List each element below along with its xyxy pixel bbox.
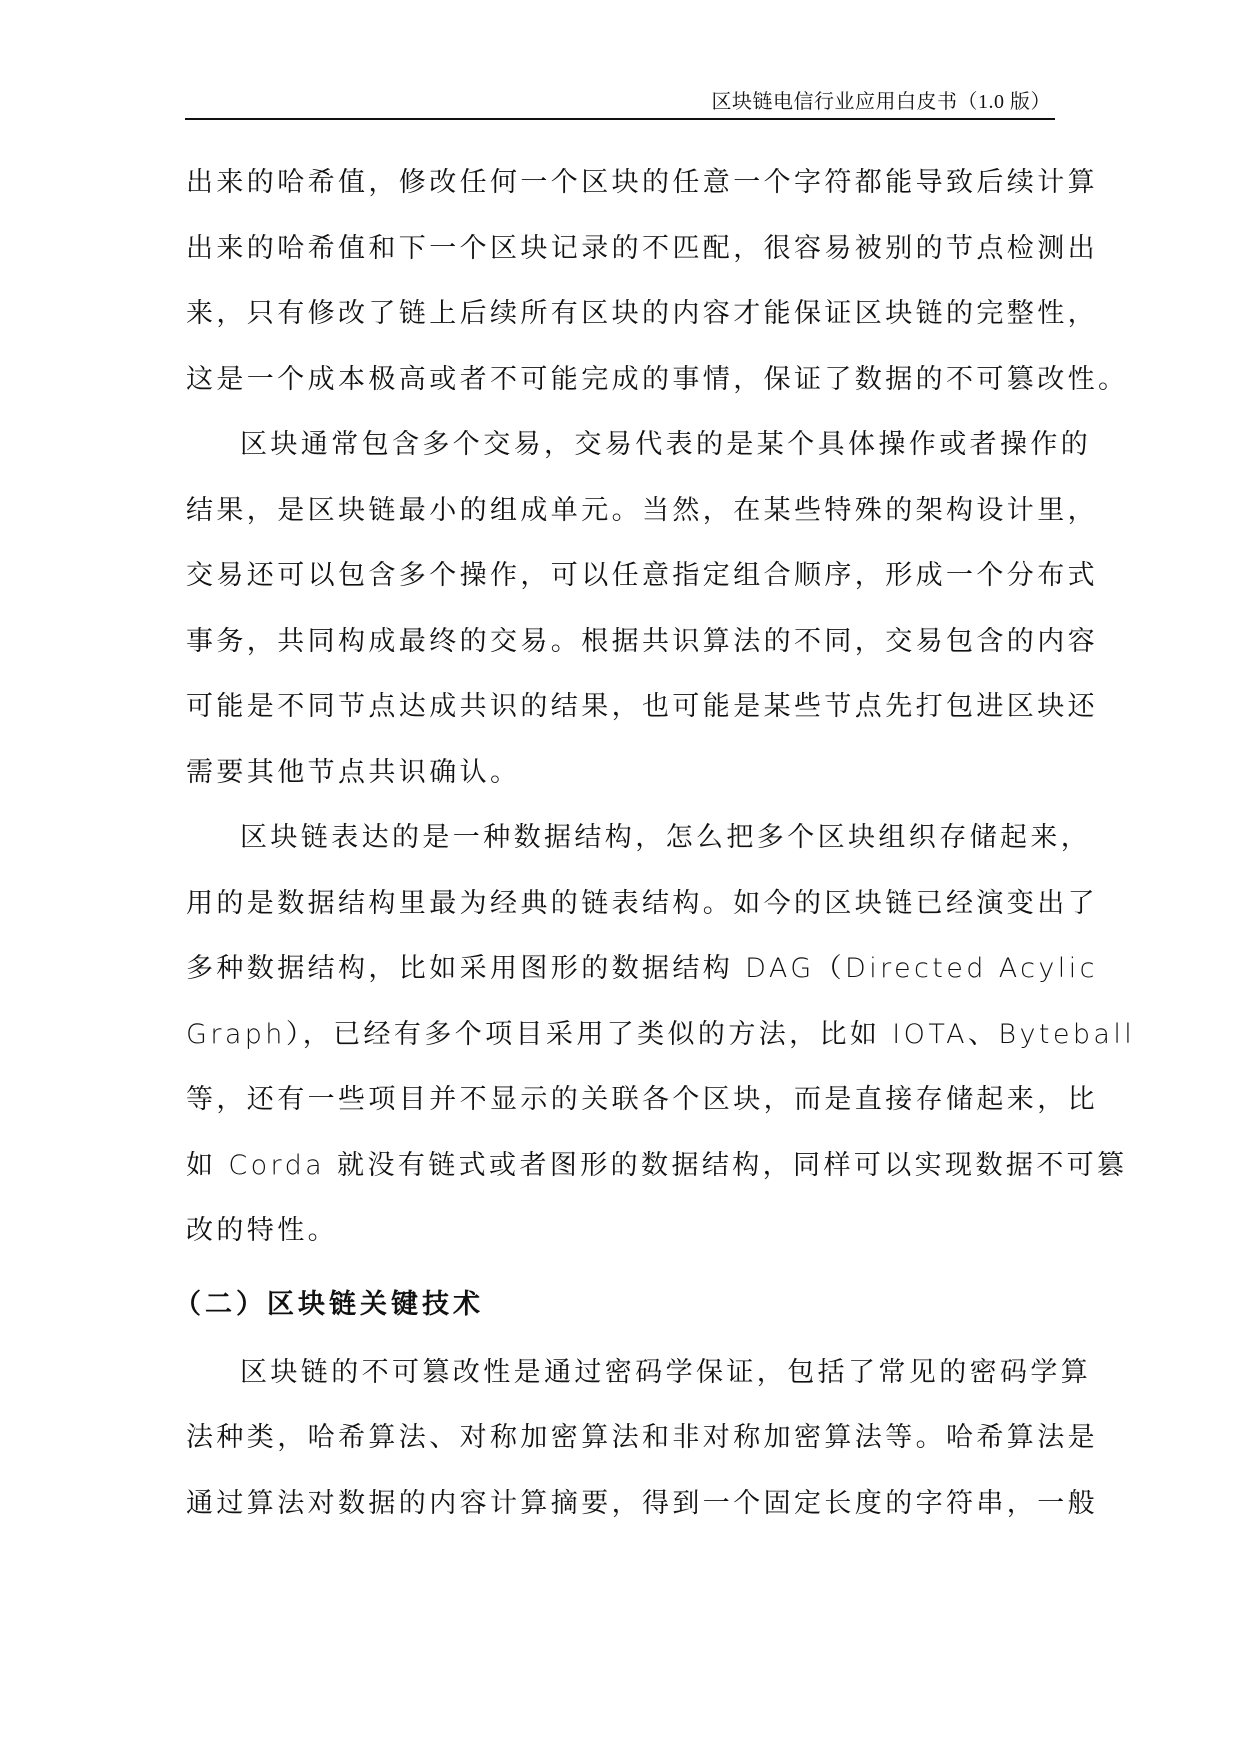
text-line: 改的特性。 — [186, 1208, 1056, 1274]
text-line: 区块通常包含多个交易，交易代表的是某个具体操作或者操作的 — [186, 422, 1056, 488]
document-title: 区块链电信行业应用白皮书（1.0 版） — [712, 85, 1052, 114]
page-body: 出来的哈希值，修改任何一个区块的任意一个字符都能导致后续计算 出来的哈希值和下一… — [186, 160, 1056, 1546]
text-line: 等，还有一些项目并不显示的关联各个区块，而是直接存储起来，比 — [186, 1077, 1056, 1143]
paragraph-transactions: 区块通常包含多个交易，交易代表的是某个具体操作或者操作的 结果，是区块链最小的组… — [186, 422, 1056, 815]
paragraph-hash-integrity: 出来的哈希值，修改任何一个区块的任意一个字符都能导致后续计算 出来的哈希值和下一… — [186, 160, 1056, 422]
text-line: 通过算法对数据的内容计算摘要，得到一个固定长度的字符串，一般 — [186, 1481, 1056, 1547]
page-header: 区块链电信行业应用白皮书（1.0 版） — [185, 86, 1055, 120]
text-line: 法种类，哈希算法、对称加密算法和非对称加密算法等。哈希算法是 — [186, 1415, 1056, 1481]
text-line: 区块链表达的是一种数据结构，怎么把多个区块组织存储起来， — [186, 815, 1056, 881]
text-line: Graph），已经有多个项目采用了类似的方法，比如 IOTA、Byteball — [186, 1012, 1056, 1078]
text-line: 交易还可以包含多个操作，可以任意指定组合顺序，形成一个分布式 — [186, 553, 1056, 619]
text-line: 需要其他节点共识确认。 — [186, 750, 1056, 816]
text-line: 多种数据结构，比如采用图形的数据结构 DAG（Directed Acylic — [186, 946, 1056, 1012]
paragraph-data-structure: 区块链表达的是一种数据结构，怎么把多个区块组织存储起来， 用的是数据结构里最为经… — [186, 815, 1056, 1274]
text-line: 出来的哈希值和下一个区块记录的不匹配，很容易被别的节点检测出 — [186, 226, 1056, 292]
text-line: 如 Corda 就没有链式或者图形的数据结构，同样可以实现数据不可篡 — [186, 1143, 1056, 1209]
text-line: 区块链的不可篡改性是通过密码学保证，包括了常见的密码学算 — [186, 1350, 1056, 1416]
text-line: 结果，是区块链最小的组成单元。当然，在某些特殊的架构设计里， — [186, 488, 1056, 554]
text-line: 来，只有修改了链上后续所有区块的内容才能保证区块链的完整性， — [186, 291, 1056, 357]
text-line: 用的是数据结构里最为经典的链表结构。如今的区块链已经演变出了 — [186, 881, 1056, 947]
text-line: 事务，共同构成最终的交易。根据共识算法的不同，交易包含的内容 — [186, 619, 1056, 685]
paragraph-cryptography: 区块链的不可篡改性是通过密码学保证，包括了常见的密码学算 法种类，哈希算法、对称… — [186, 1350, 1056, 1547]
text-line: 可能是不同节点达成共识的结果，也可能是某些节点先打包进区块还 — [186, 684, 1056, 750]
text-line: 出来的哈希值，修改任何一个区块的任意一个字符都能导致后续计算 — [186, 160, 1056, 226]
text-line: 这是一个成本极高或者不可能完成的事情，保证了数据的不可篡改性。 — [186, 357, 1056, 423]
section-heading: （二）区块链关键技术 — [174, 1280, 1056, 1350]
